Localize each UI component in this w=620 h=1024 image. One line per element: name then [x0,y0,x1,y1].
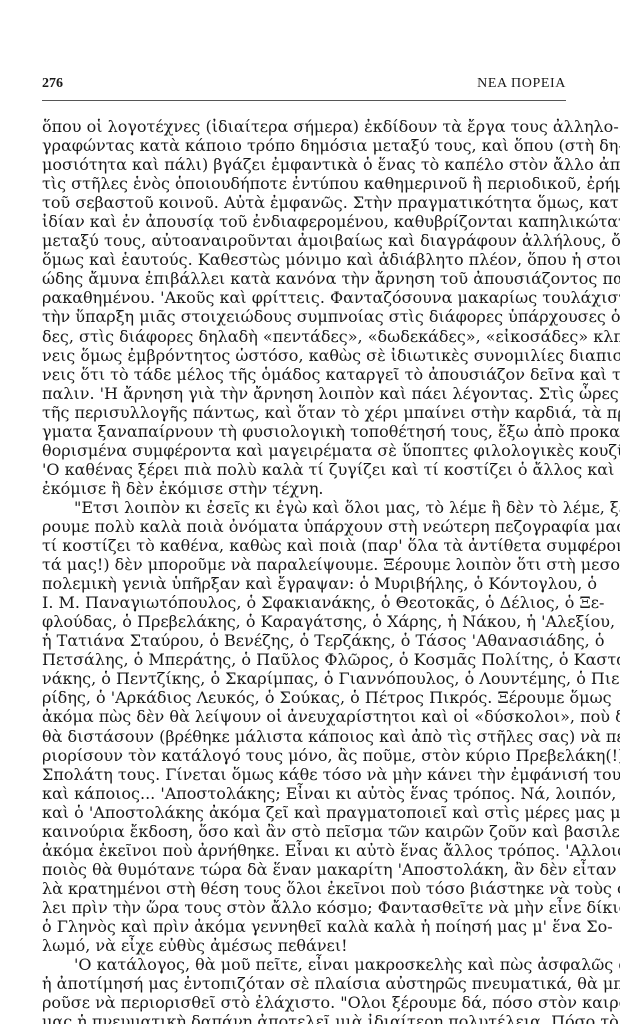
text-line: νεις ὅμως ἐμβρόντητος ὡστόσο, καθὼς σὲ ἰ… [42,346,566,365]
header-rule [42,100,566,101]
text-line: ρουμε πολὺ καλὰ ποιὰ ὀνόματα ὑπάρχουν στ… [42,517,566,536]
text-line: ἀκόμα ἐκεῖνοι ποὺ ἀρνήθηκε. Εἶναι κι αὐτ… [42,841,566,860]
body-text: ὅπου οἱ λογοτέχνες (ἰδιαίτερα σήμερα) ἐκ… [42,117,566,1024]
text-line: παλιν. 'Η ἄρνηση γιὰ τὴν ἄρνηση λοιπὸν κ… [42,384,566,403]
paragraph-2: "Ετσι λοιπὸν κι ἐσεῖς κι ἐγὼ καὶ ὅλοι μα… [42,498,566,955]
text-line: θορισμένα συμφέροντα καὶ μαγειρέματα σὲ … [42,441,566,460]
text-line: ώδης ἄμυνα ἐπιβάλλει κατὰ κανόνα τὴν ἄρν… [42,269,566,288]
text-line: ρακαθημένου. 'Ακοῦς καὶ φρίττεις. Φανταζ… [42,288,566,307]
text-line: μοσιότητα καὶ πάλι) βγάζει ἐμφαντικὰ ὁ ἕ… [42,155,566,174]
text-line: λωμό, νὰ εἶχε εὐθὺς ἀμέσως πεθάνει! [42,936,566,955]
text-line: πολεμικὴ γενιὰ ὑπῆρξαν καὶ ἔγραψαν: ὁ Μυ… [42,574,566,593]
text-line: Σπολάτη τους. Γίνεται ὅμως κάθε τόσο νὰ … [42,765,566,784]
text-line: ρίδης, ὁ 'Αρκάδιος Λευκός, ὁ Σούκας, ὁ Π… [42,688,566,707]
text-line: δες, στὶς διάφορες δηλαδὴ «πεντάδες», «δ… [42,327,566,346]
text-line: ὅπου οἱ λογοτέχνες (ἰδιαίτερα σήμερα) ἐκ… [42,117,566,136]
text-line: 'Ο κατάλογος, θὰ μοῦ πεῖτε, εἶναι μακροσ… [42,955,566,974]
text-line: μας ἡ πνευματικὴ δαπάνη ἀποτελεῖ μιὰ ἰδι… [42,1012,566,1024]
text-line: γματα ξαναπαίρνουν τὴ φυσιολογικὴ τοποθέ… [42,422,566,441]
text-line: φλούδας, ὁ Πρεβελάκης, ὁ Καραγάτσης, ὁ Χ… [42,612,566,631]
text-line: λὰ κρατημένοι στὴ θέση τους ὅλοι ἐκεῖνοι… [42,879,566,898]
text-line: ὅμως καὶ ἑαυτούς. Καθεστὼς μόνιμο καὶ ἀδ… [42,250,566,269]
text-line: καινούρια ἔκδοση, ὅσο καὶ ἂν στὸ πεῖσμα … [42,822,566,841]
text-line: ποιὸς θὰ θυμότανε τώρα δὰ ἕναν μακαρίτη … [42,860,566,879]
text-line: Πετσάλης, ὁ Μπεράτης, ὁ Παῦλος Φλῶρος, ὁ… [42,650,566,669]
text-line: ὁ Γληνὸς καὶ πρὶν ἀκόμα γεννηθεῖ καλὰ κα… [42,917,566,936]
text-line: "Ετσι λοιπὸν κι ἐσεῖς κι ἐγὼ καὶ ὅλοι μα… [42,498,566,517]
text-line: τά μας!) δὲν μποροῦμε νὰ παραλείψουμε. Ξ… [42,555,566,574]
document-page: 276 ΝΕΑ ΠΟΡΕΙΑ ὅπου οἱ λογοτέχνες (ἰδιαί… [42,76,566,1024]
text-line: τῆς περισυλλογῆς πάντως, καὶ ὅταν τὸ χέρ… [42,403,566,422]
text-line: θὰ διστάσουν (βρέθηκε μάλιστα κάποιος κα… [42,727,566,746]
text-line: τοῦ σεβαστοῦ κοινοῦ. Αὐτὰ ἐμφανῶς. Στὴν … [42,193,566,212]
text-line: λει πρὶν τὴν ὥρα τους στὸν ἄλλο κόσμο; Φ… [42,898,566,917]
text-line: γραφώντας κατὰ κάποιο τρόπο δημόσια μετα… [42,136,566,155]
text-line: ἰδίαν καὶ ἐν ἀπουσίᾳ τοῦ ἐνδιαφερομένου,… [42,212,566,231]
text-line: ἐκόμισε ἢ δὲν ἐκόμισε στὴν τέχνη. [42,479,566,498]
text-line: νεις ὅτι τὸ τάδε μέλος τῆς ὁμάδος καταργ… [42,365,566,384]
text-line: τὴν ὕπαρξη μιᾶς στοιχειώδους συμπνοίας σ… [42,307,566,326]
text-line: τὶς στῆλες ἑνὸς ὁποιουδήποτε ἐντύπου καθ… [42,174,566,193]
text-line: ροῦσε νὰ περιορισθεῖ στὸ ἐλάχιστο. "Ολοι… [42,993,566,1012]
page-number: 276 [42,76,63,92]
text-line: καὶ κάποιος... 'Αποστολάκης; Εἶναι κι αὐ… [42,784,566,803]
text-line: μεταξύ τους, αὐτοαναιροῦνται ἀμοιβαίως κ… [42,231,566,250]
text-line: τί κοστίζει τὸ καθένα, καθὼς καὶ ποιὰ (π… [42,536,566,555]
text-line: ἀκόμα πὼς δὲν θὰ λείψουν οἱ ἀνευχαρίστητ… [42,707,566,726]
running-header: 276 ΝΕΑ ΠΟΡΕΙΑ [42,76,566,96]
text-line: ριορίσουν τὸν κατάλογό τους μόνο, ἂς ποῦ… [42,746,566,765]
text-line: ἡ ἀποτίμησή μας ἐντοπιζόταν σὲ πλαίσια α… [42,974,566,993]
text-line: ἡ Τατιάνα Σταύρου, ὁ Βενέζης, ὁ Τερζάκης… [42,631,566,650]
text-line: καὶ ὁ 'Αποστολάκης ἀκόμα ζεῖ καὶ πραγματ… [42,803,566,822]
text-line: Ι. Μ. Παναγιωτόπουλος, ὁ Σφακιανάκης, ὁ … [42,593,566,612]
text-line: νάκης, ὁ Πεντζίκης, ὁ Σκαρίμπας, ὁ Γιανν… [42,669,566,688]
paragraph-1: ὅπου οἱ λογοτέχνες (ἰδιαίτερα σήμερα) ἐκ… [42,117,566,498]
journal-title: ΝΕΑ ΠΟΡΕΙΑ [477,76,566,92]
paragraph-3: 'Ο κατάλογος, θὰ μοῦ πεῖτε, εἶναι μακροσ… [42,955,566,1024]
text-line: 'Ο καθένας ξέρει πιὰ πολὺ καλὰ τί ζυγίζε… [42,460,566,479]
